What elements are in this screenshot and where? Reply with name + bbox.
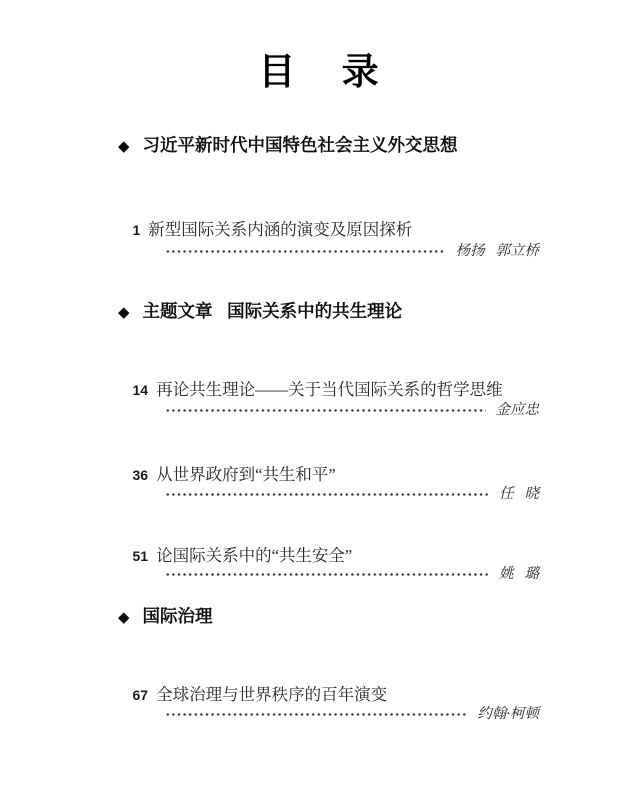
diamond-bullet-icon: ◆ [118, 610, 130, 625]
author-name: 约翰·柯顿 [477, 705, 539, 724]
author-name: 金应忠 [496, 401, 540, 420]
author-line: 姚 璐 [165, 565, 539, 584]
dot-leader [165, 571, 489, 578]
page-title: 目 录 [0, 52, 639, 93]
document-page: 目 录 ◆ 习近平新时代中国特色社会主义外交思想 1新型国际关系内涵的演变及原因… [0, 0, 639, 793]
entry-page-number: 51 [133, 548, 149, 564]
section-heading-text: 主题文章 国际关系中的共生理论 [143, 300, 403, 323]
author-line: 金应忠 [165, 401, 539, 420]
entry-page-number: 67 [133, 687, 149, 703]
diamond-bullet-icon: ◆ [118, 305, 130, 320]
author-line: 约翰·柯顿 [165, 705, 539, 724]
author-name: 任 晓 [499, 485, 539, 504]
dot-leader [165, 248, 446, 255]
entry-title: 全球治理与世界秩序的百年演变 [156, 685, 387, 704]
entry-title: 新型国际关系内涵的演变及原因探析 [148, 220, 412, 239]
section-heading-1: ◆ 习近平新时代中国特色社会主义外交思想 [118, 134, 458, 157]
dot-leader [165, 491, 489, 498]
section-heading-2: ◆ 主题文章 国际关系中的共生理论 [118, 300, 402, 323]
author-name: 姚 璐 [499, 565, 539, 584]
entry-page-number: 1 [133, 222, 141, 238]
entry-title: 从世界政府到“共生和平” [156, 465, 336, 484]
entry-page-number: 36 [133, 467, 149, 483]
section-heading-text: 习近平新时代中国特色社会主义外交思想 [143, 134, 458, 157]
author-name: 杨扬 郭立桥 [456, 242, 539, 261]
entry-title: 再论共生理论——关于当代国际关系的哲学思维 [156, 380, 503, 399]
section-heading-3: ◆ 国际治理 [118, 605, 213, 628]
entry-page-number: 14 [133, 382, 149, 398]
author-line: 任 晓 [165, 485, 539, 504]
author-line: 杨扬 郭立桥 [165, 242, 539, 261]
entry-title: 论国际关系中的“共生安全” [156, 546, 352, 565]
dot-leader [165, 407, 486, 414]
dot-leader [165, 711, 467, 718]
section-heading-text: 国际治理 [143, 605, 213, 628]
diamond-bullet-icon: ◆ [118, 139, 130, 154]
